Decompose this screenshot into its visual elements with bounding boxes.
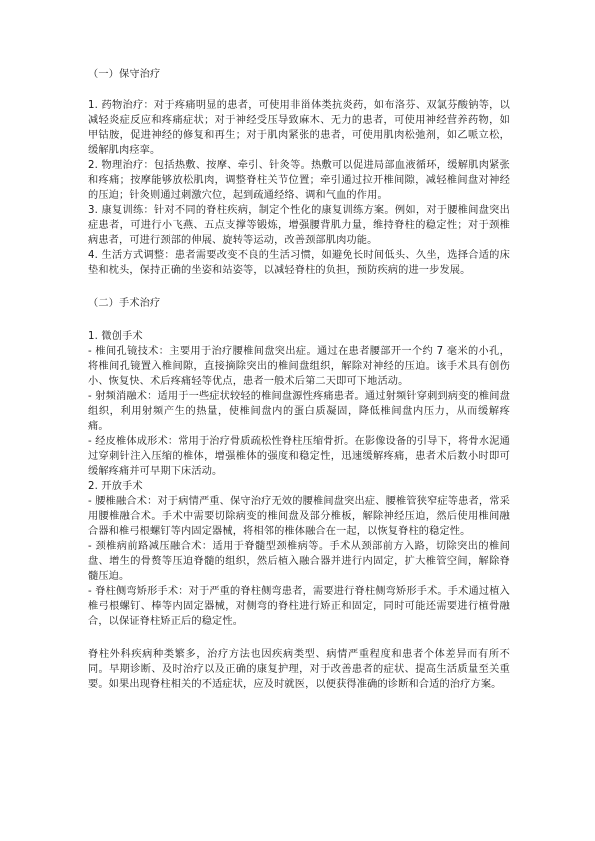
section-heading-surgical: （二）手术治疗 xyxy=(88,296,510,311)
paragraph-physical-therapy: 2. 物理治疗：包括热敷、按摩、牵引、针灸等。热敷可以促进局部血液循环，缓解肌肉… xyxy=(88,158,510,203)
paragraph-conclusion: 脊柱外科疾病种类繁多，治疗方法也因疾病类型、病情严重程度和患者个体差异而有所不同… xyxy=(88,647,510,692)
section-heading-conservative: （一）保守治疗 xyxy=(88,67,510,82)
spacer xyxy=(88,82,510,98)
paragraph-foraminoscopy: - 椎间孔镜技术：主要用于治疗腰椎间盘突出症。通过在患者腰部开一个约 7 毫米的… xyxy=(88,344,510,389)
subheading-open-surgery: 2. 开放手术 xyxy=(88,479,510,494)
subheading-minimally-invasive: 1. 微创手术 xyxy=(88,329,510,344)
document-page: （一）保守治疗 1. 药物治疗：对于疼痛明显的患者，可使用非甾体类抗炎药，如布洛… xyxy=(88,67,510,692)
paragraph-lifestyle: 4. 生活方式调整：患者需要改变不良的生活习惯，如避免长时间低头、久坐，选择合适… xyxy=(88,248,510,278)
paragraph-radiofrequency: - 射频消融术：适用于一些症状较轻的椎间盘源性疼痛患者。通过射频针穿刺到病变的椎… xyxy=(88,389,510,434)
paragraph-cervical-fusion: - 颈椎病前路减压融合术：适用于脊髓型颈椎病等。手术从颈部前方入路，切除突出的椎… xyxy=(88,539,510,584)
paragraph-medication: 1. 药物治疗：对于疼痛明显的患者，可使用非甾体类抗炎药，如布洛芬、双氯芬酸钠等… xyxy=(88,98,510,158)
paragraph-lumbar-fusion: - 腰椎融合术：对于病情严重、保守治疗无效的腰椎间盘突出症、腰椎管狭窄症等患者，… xyxy=(88,494,510,539)
spacer xyxy=(88,278,510,296)
paragraph-rehabilitation: 3. 康复训练：针对不同的脊柱疾病，制定个性化的康复训练方案。例如，对于腰椎间盘… xyxy=(88,203,510,248)
spacer xyxy=(88,311,510,329)
paragraph-vertebroplasty: - 经皮椎体成形术：常用于治疗骨质疏松性脊柱压缩骨折。在影像设备的引导下，将骨水… xyxy=(88,434,510,479)
spacer xyxy=(88,629,510,647)
paragraph-scoliosis: - 脊柱侧弯矫形手术：对于严重的脊柱侧弯患者，需要进行脊柱侧弯矫形手术。手术通过… xyxy=(88,584,510,629)
